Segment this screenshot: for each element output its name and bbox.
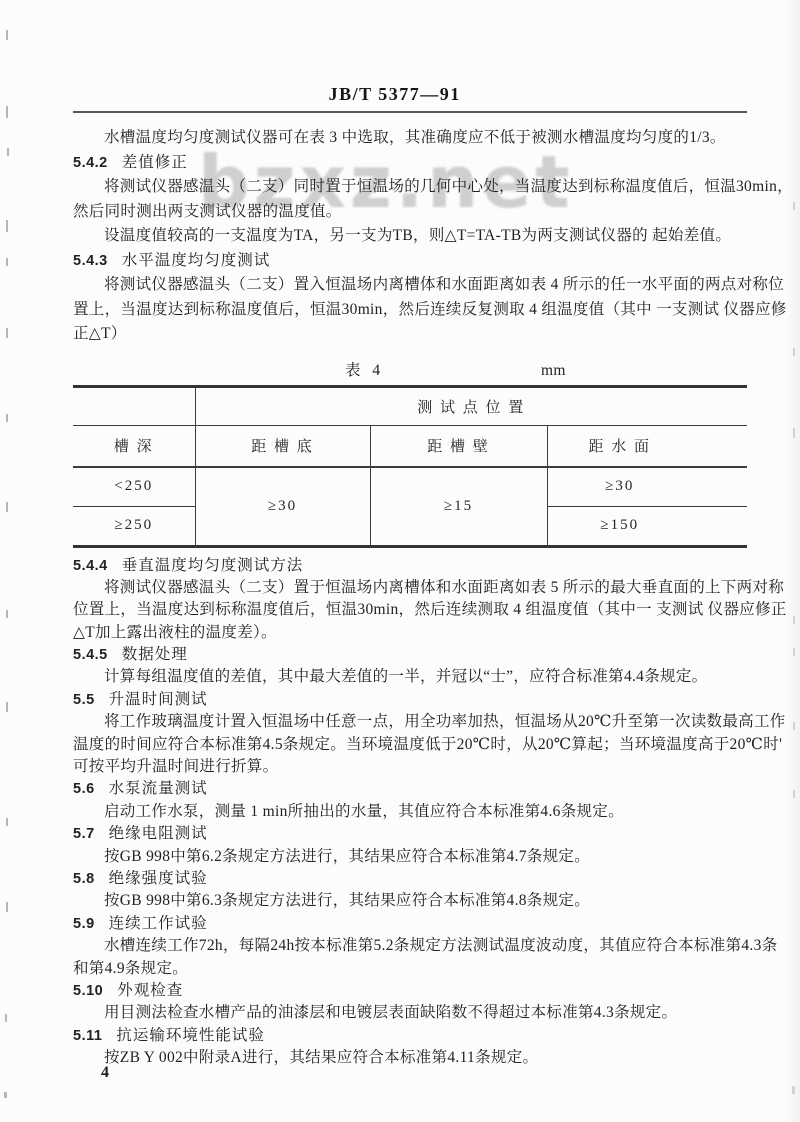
heading-number: 5.7 (73, 826, 95, 842)
table-col-header: 槽 深 (73, 425, 195, 467)
heading-number: 5.4.5 (73, 647, 108, 663)
scan-artifact-tick (7, 148, 9, 156)
scan-artifact-tick (793, 722, 795, 730)
paragraph-line: 按GB 998中第6.2条规定方法进行，其结果应符合本标准第4.7条规定。 (73, 846, 747, 868)
paragraph-line: 置上，当温度达到标称温度值后，恒温30min，然后连续反复测取 4 组温度值（其… (73, 298, 747, 323)
scan-artifact-tick (6, 328, 8, 338)
heading-title: 垂直温度均匀度测试方法 (122, 557, 304, 574)
table-caption-row: 表 4 mm (73, 359, 747, 383)
paragraph-line: △T加上露出液柱的温度差）。 (73, 622, 747, 644)
table-cell: ≥15 (370, 467, 547, 546)
paragraph-line: 设温度值较高的一支温度为TA，另一支为TB，则△T=TA-TB为两支测试仪器的 … (73, 224, 747, 249)
scan-artifact-tick (6, 610, 8, 618)
section-heading: 5.9连续工作试验 (73, 913, 747, 935)
paragraph-line: 可按平均升温时间进行折算。 (73, 756, 747, 778)
section-heading: 5.6水泵流量测试 (73, 778, 747, 800)
section-heading: 5.10外观检查 (73, 980, 747, 1002)
heading-number: 5.5 (73, 692, 95, 708)
page-number: 4 (101, 1064, 109, 1082)
paragraph-line: 按GB 998中第6.3条规定方法进行，其结果应符合本标准第4.8条规定。 (73, 890, 747, 912)
table-unit: mm (541, 359, 566, 383)
scan-artifact-tick (793, 428, 795, 438)
table-caption: 表 4 (345, 359, 384, 383)
section-heading: 5.4.3水平温度均匀度测试 (73, 249, 747, 274)
scan-artifact-tick (6, 502, 8, 512)
section-heading: 5.4.2差值修正 (73, 151, 747, 176)
paragraph-line: 将测试仪器感温头（二支）置于恒温场内离槽体和水面距离如表 5 所示的最大垂直面的… (73, 577, 747, 599)
table-col-header: 距 槽 底 (195, 425, 370, 467)
table-cell: <250 (73, 467, 195, 506)
heading-number: 5.6 (73, 781, 95, 797)
section-heading: 5.8绝缘强度试验 (73, 868, 747, 890)
heading-number: 5.10 (73, 983, 103, 999)
paragraph-line: 将工作玻璃温度计置入恒温场中任意一点，用全功率加热，恒温场从20℃升至第一次读数… (73, 711, 747, 733)
heading-title: 绝缘强度试验 (109, 870, 208, 887)
paragraph-line: 用目测法检查水槽产品的油漆层和电镀层表面缺陷数不得超过本标准第4.3条规定。 (73, 1002, 747, 1024)
paragraph-line: 然后同时测出两支测试仪器的温度值。 (73, 200, 747, 225)
scan-artifact-tick (793, 790, 795, 798)
paragraph-line: 将测试仪器感温头（二支）同时置于恒温场的几何中心处，当温度达到标称温度值后，恒温… (73, 175, 747, 200)
heading-title: 差值修正 (122, 154, 188, 171)
heading-title: 绝缘电阻测试 (109, 825, 208, 842)
table-4: 测 试 点 位 置 槽 深 距 槽 底 距 槽 壁 距 水 面 <250 ≥30… (73, 385, 747, 548)
document-header-code: JB/T 5377—91 (329, 84, 461, 105)
section-heading: 5.5升温时间测试 (73, 689, 747, 711)
heading-number: 5.8 (73, 871, 95, 887)
heading-number: 5.4.2 (73, 155, 108, 171)
paragraph-line: 水槽温度均匀度测试仪器可在表 3 中选取，其准确度应不低于被测水槽温度均匀度的1… (73, 126, 747, 151)
heading-title: 水平温度均匀度测试 (122, 252, 271, 269)
section-heading: 5.4.4垂直温度均匀度测试方法 (73, 555, 747, 577)
paragraph-line: 启动工作水泵，测量 1 min所抽出的水量，其值应符合本标准第4.6条规定。 (73, 801, 747, 823)
paragraph-line: 将测试仪器感温头（二支）置入恒温场内离槽体和水面距离如表 4 所示的任一水平面的… (73, 273, 747, 298)
scan-artifact-tick (6, 30, 8, 40)
scan-artifact-tick (6, 902, 8, 912)
paragraph-line: 水槽连续工作72h，每隔24h按本标准第5.2条规定方法测试温度波动度，其值应符… (73, 935, 747, 957)
heading-title: 数据处理 (122, 646, 188, 663)
scan-artifact-tick (793, 202, 795, 210)
scan-artifact-tick (6, 106, 8, 118)
heading-title: 连续工作试验 (109, 915, 208, 932)
section-heading: 5.11抗运输环境性能试验 (73, 1025, 747, 1047)
paragraph-line: 按ZB Y 002中附录A进行，其结果应符合本标准第4.11条规定。 (73, 1047, 747, 1069)
heading-number: 5.11 (73, 1028, 102, 1044)
table-cell: ≥30 (547, 467, 747, 506)
paragraph-line: 正△T） (73, 322, 747, 347)
scan-artifact-tick (6, 220, 8, 232)
scan-artifact-tick (6, 818, 8, 826)
section-lower: 5.4.4垂直温度均匀度测试方法 将测试仪器感温头（二支）置于恒温场内离槽体和水… (73, 555, 747, 1070)
scan-artifact-tick (5, 1014, 7, 1022)
scan-artifact-tick (793, 616, 795, 624)
paragraph-line: 位置上，当温度达到标称温度值后，恒温30min，然后连续测取 4 组温度值（其中… (73, 599, 747, 621)
scan-artifact-tick (793, 648, 795, 656)
heading-title: 水泵流量测试 (109, 780, 208, 797)
scan-artifact-tick (6, 414, 8, 422)
scan-artifact-tick (6, 258, 8, 266)
header-rule (73, 111, 747, 113)
table-cell: ≥150 (547, 506, 747, 546)
table-cell: ≥250 (73, 506, 195, 546)
heading-title: 升温时间测试 (109, 691, 208, 708)
table-col-header: 距 槽 壁 (370, 425, 547, 467)
table-corner-cell (73, 386, 195, 425)
paragraph-line: 计算每组温度值的差值，其中最大差值的一半，并冠以“士”，应符合标准第4.4条规定… (73, 666, 747, 688)
scan-artifact-tick (6, 702, 8, 712)
heading-number: 5.9 (73, 916, 95, 932)
heading-title: 外观检查 (117, 982, 183, 999)
paragraph-line: 温度的时间应符合本标准第4.5条规定。当环境温度低于20℃时，从20℃算起；当环… (73, 734, 747, 756)
section-heading: 5.7绝缘电阻测试 (73, 823, 747, 845)
section-upper: 水槽温度均匀度测试仪器可在表 3 中选取，其准确度应不低于被测水槽温度均匀度的1… (73, 126, 747, 347)
paragraph-line: 和第4.9条规定。 (73, 958, 747, 980)
document-body: 水槽温度均匀度测试仪器可在表 3 中选取，其准确度应不低于被测水槽温度均匀度的1… (73, 126, 747, 1069)
scan-artifact-tick (4, 1092, 7, 1098)
heading-number: 5.4.4 (73, 558, 108, 574)
heading-number: 5.4.3 (73, 253, 108, 269)
scanned-document-page: JB/T 5377—91 bzxz.net 水槽温度均匀度测试仪器可在表 3 中… (0, 0, 800, 1122)
table-cell: ≥30 (195, 467, 370, 546)
scan-artifact-tick (792, 1086, 795, 1094)
heading-title: 抗运输环境性能试验 (116, 1027, 265, 1044)
table-span-header: 测 试 点 位 置 (195, 386, 747, 425)
section-heading: 5.4.5数据处理 (73, 644, 747, 666)
scan-artifact-tick (793, 348, 795, 356)
table-col-header: 距 水 面 (547, 425, 747, 467)
